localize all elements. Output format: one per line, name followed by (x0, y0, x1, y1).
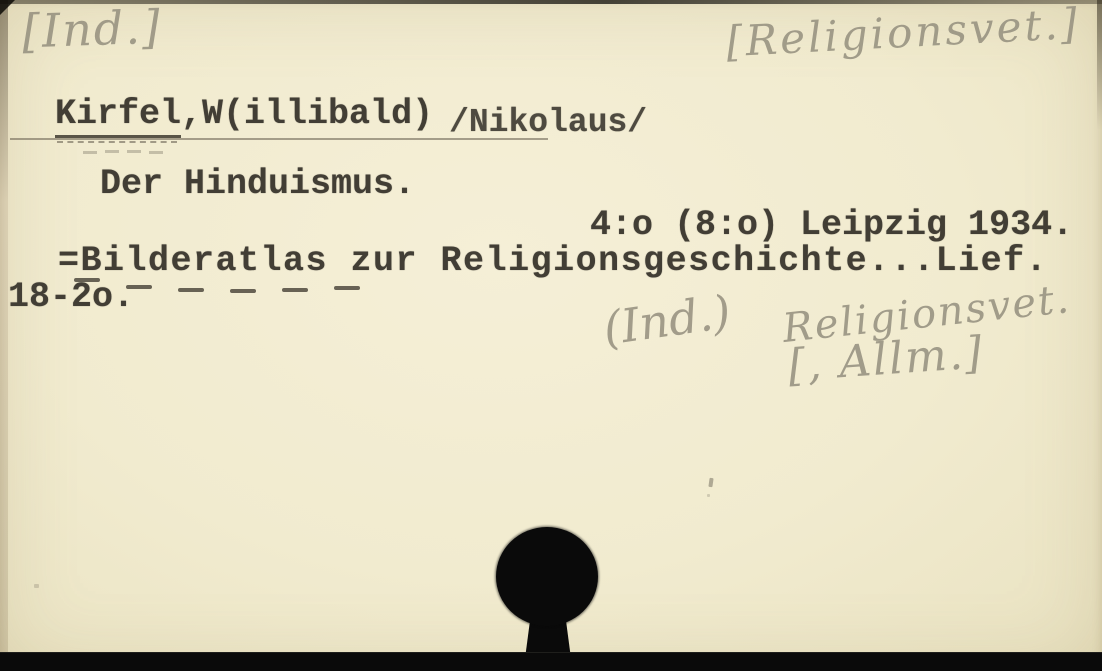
card-left-edge (0, 0, 8, 671)
typed-dash-mark (178, 288, 204, 292)
pencil-dash-mark (149, 151, 163, 154)
author-epithet: /Nikolaus/ (449, 106, 647, 139)
scan-speck (707, 494, 710, 497)
typed-dash-mark (74, 278, 100, 282)
pencil-dash-mark (105, 150, 119, 153)
card-corner-shadow (0, 0, 15, 15)
card-right-edge (1097, 0, 1102, 130)
pencil-note-top-left: [Ind.] (21, 4, 162, 55)
author-surname: Kirfel (55, 94, 181, 138)
punch-hole (496, 527, 598, 626)
series-line: =Bilderatlas zur Religionsgeschichte...L… (58, 244, 1048, 279)
catalog-card: [Ind.] [Religionsvet.] Kirfel,W(illibald… (0, 0, 1102, 671)
bottom-strip (0, 652, 1102, 671)
pencil-note-subject-extra: [, Allm.] (787, 331, 986, 389)
header-rule (10, 138, 548, 140)
scan-speck (34, 584, 39, 588)
typed-dash-mark (334, 286, 360, 290)
card-title: Der Hinduismus. (100, 167, 415, 202)
pencil-dash-mark (83, 151, 97, 154)
pencil-dash-mark (127, 150, 141, 153)
pencil-note-top-right: [Religionsvet.] (725, 3, 1081, 63)
typed-dash-mark (126, 285, 152, 289)
typed-dash-mark (230, 289, 256, 293)
card-top-edge (0, 0, 1102, 4)
pencil-note-classification: (Ind.) (600, 288, 733, 351)
typed-dash-mark (282, 288, 308, 292)
scanned-catalog-card-page: [Ind.] [Religionsvet.] Kirfel,W(illibald… (0, 0, 1102, 671)
author-forename: ,W(illibald) (181, 94, 433, 134)
scan-speck (708, 478, 713, 487)
imprint-line: 4:o (8:o) Leipzig 1934. (590, 208, 1073, 243)
series-range: 18-2o. (8, 280, 134, 315)
author-heading: Kirfel,W(illibald)/Nikolaus/ (55, 97, 647, 132)
